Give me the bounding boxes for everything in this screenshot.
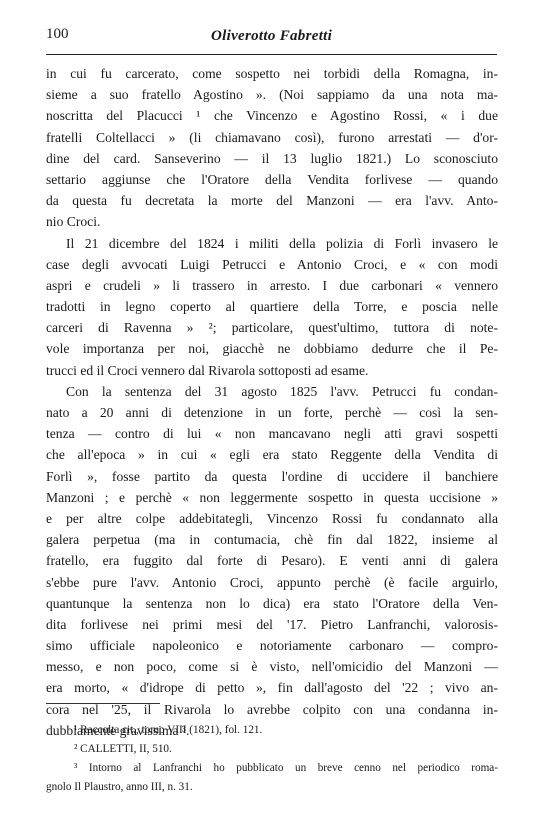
text-line: dita forlivese nei primi mesi del '17. P… <box>46 614 498 635</box>
footnote-3-continued: gnolo Il Plaustro, anno III, n. 31. <box>46 778 498 797</box>
text-line: Il 21 dicembre del 1824 i militi della p… <box>46 233 498 254</box>
text-line: aspri e crudeli » li trassero in arresto… <box>46 275 498 296</box>
footnote-1: ¹ Raccolta cit., tomo VIII (1821), fol. … <box>46 721 498 740</box>
text-line: fratello, era fuggito dal forte di Pesar… <box>46 550 498 571</box>
text-line: carceri di Ravenna » ²; particolare, que… <box>46 317 498 338</box>
text-line: cora nel '25, il Rivarola lo avrebbe col… <box>46 699 498 720</box>
text-line: simo ufficiale napoleonico e notoriament… <box>46 635 498 656</box>
text-line: da questa fu decretata la morte del Manz… <box>46 190 498 211</box>
running-head: 100 Oliverotto Fabretti <box>46 26 497 46</box>
text-line: in cui fu carcerato, come sospetto nei t… <box>46 63 498 84</box>
text-line: messo, e non poco, come si è visto, nell… <box>46 656 498 677</box>
text-line: e per altre colpe addebitategli, Vincenz… <box>46 508 498 529</box>
footnotes: ¹ Raccolta cit., tomo VIII (1821), fol. … <box>46 721 498 797</box>
text-line: fratelli Coltellacci » (li chiamavano co… <box>46 127 498 148</box>
text-line: Con la sentenza del 31 agosto 1825 l'avv… <box>46 381 498 402</box>
text-line: settario aggiunse che l'Oratore della Ve… <box>46 169 498 190</box>
footnote-2: ² CALLETTI, II, 510. <box>46 740 498 759</box>
text-line: quantunque la sentenza non lo dica) era … <box>46 593 498 614</box>
text-line: nio Croci. <box>46 211 498 232</box>
text-line: vole importanza per noi, giacchè ne dobb… <box>46 338 498 359</box>
text-line: tenza — contro di lui « non mancavano ne… <box>46 423 498 444</box>
page-number: 100 <box>46 26 69 43</box>
book-page: 100 Oliverotto Fabretti in cui fu carcer… <box>0 0 550 828</box>
text-line: case degli avvocati Luigi Petrucci e Ant… <box>46 254 498 275</box>
text-line: noscritta del Placucci ¹ che Vincenzo e … <box>46 105 498 126</box>
text-line: tradotti in legno coperto al quartiere d… <box>46 296 498 317</box>
footnote-rule <box>46 703 160 704</box>
text-line: trucci ed il Croci vennero dal Rivarola … <box>46 360 498 381</box>
text-line: sieme a suo fratello Agostino ». (Noi sa… <box>46 84 498 105</box>
text-line: Manzoni ; e perchè « non leggermente sos… <box>46 487 498 508</box>
running-title: Oliverotto Fabretti <box>211 28 332 45</box>
text-line: che all'epoca » in cui « egli era stato … <box>46 444 498 465</box>
text-line: Forlì », fosse partito da questa l'ordin… <box>46 466 498 487</box>
footnote-3: ³ Intorno al Lanfranchi ho pubblicato un… <box>46 759 498 778</box>
text-line: dine del card. Sanseverino — il 13 lugli… <box>46 148 498 169</box>
text-line: era morto, « d'idrope di petto », fin da… <box>46 677 498 698</box>
body-text: in cui fu carcerato, come sospetto nei t… <box>46 63 498 741</box>
text-line: s'ebbe pure l'avv. Antonio Croci, appunt… <box>46 572 498 593</box>
text-line: galera perpetua (ma in contumacia, chè f… <box>46 529 498 550</box>
text-line: nato a 20 anni di detenzione in un forte… <box>46 402 498 423</box>
header-rule <box>46 54 497 55</box>
